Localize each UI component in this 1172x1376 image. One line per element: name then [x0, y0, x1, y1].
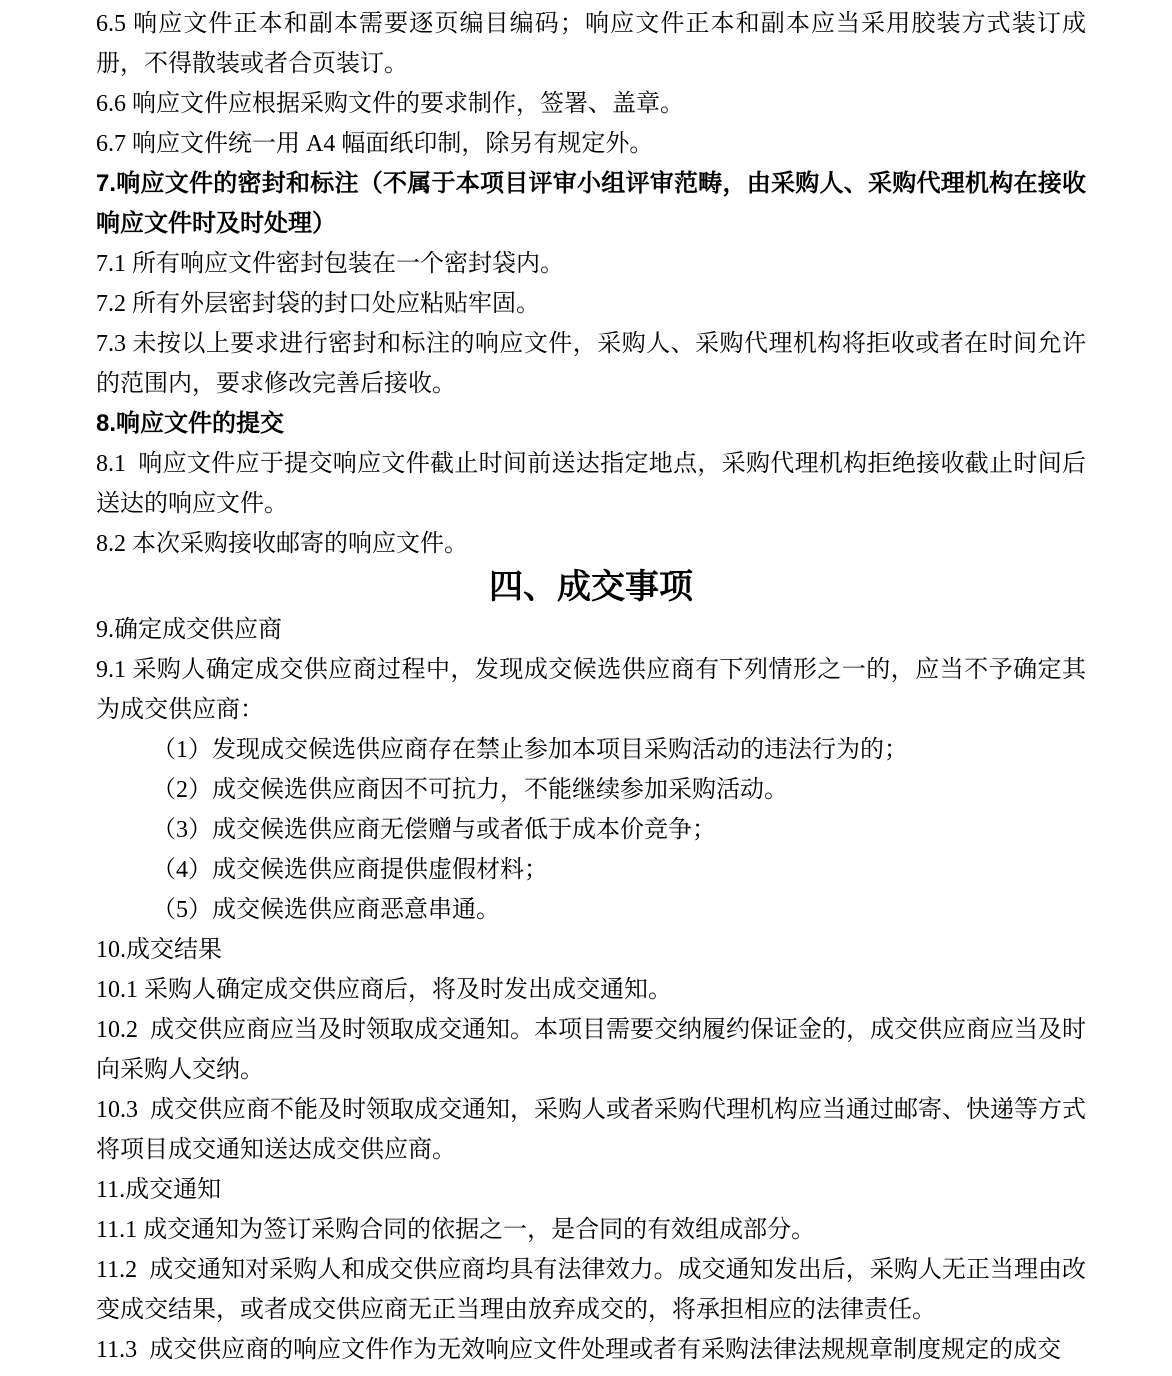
clause-6-7: 6.7 响应文件统一用 A4 幅面纸印制，除另有规定外。	[96, 124, 1086, 164]
list-item-3: （3）成交候选供应商无偿赠与或者低于成本价竞争；	[96, 810, 1086, 850]
section-heading-9: 9.确定成交供应商	[96, 610, 1086, 650]
clause-6-5: 6.5 响应文件正本和副本需要逐页编目编码；响应文件正本和副本应当采用胶装方式装…	[96, 4, 1086, 84]
section-heading-10: 10.成交结果	[96, 930, 1086, 970]
clause-6-6: 6.6 响应文件应根据采购文件的要求制作，签署、盖章。	[96, 84, 1086, 124]
clause-7-3: 7.3 未按以上要求进行密封和标注的响应文件，采购人、采购代理机构将拒收或者在时…	[96, 324, 1086, 404]
list-item-1: （1）发现成交候选供应商存在禁止参加本项目采购活动的违法行为的；	[96, 730, 1086, 770]
section-heading-7: 7.响应文件的密封和标注（不属于本项目评审小组评审范畴，由采购人、采购代理机构在…	[96, 164, 1086, 244]
clause-10-1: 10.1 采购人确定成交供应商后，将及时发出成交通知。	[96, 970, 1086, 1010]
chapter-heading: 四、成交事项	[96, 564, 1086, 610]
section-heading-11: 11.成交通知	[96, 1170, 1086, 1210]
list-item-5: （5）成交候选供应商恶意串通。	[96, 890, 1086, 930]
clause-7-2: 7.2 所有外层密封袋的封口处应粘贴牢固。	[96, 284, 1086, 324]
clause-8-2: 8.2 本次采购接收邮寄的响应文件。	[96, 524, 1086, 564]
document-page: 6.5 响应文件正本和副本需要逐页编目编码；响应文件正本和副本应当采用胶装方式装…	[0, 0, 1172, 1376]
clause-10-3: 10.3 成交供应商不能及时领取成交通知，采购人或者采购代理机构应当通过邮寄、快…	[96, 1090, 1086, 1170]
list-item-4: （4）成交候选供应商提供虚假材料；	[96, 850, 1086, 890]
clause-9-1: 9.1 采购人确定成交供应商过程中，发现成交候选供应商有下列情形之一的，应当不予…	[96, 650, 1086, 730]
clause-11-2: 11.2 成交通知对采购人和成交供应商均具有法律效力。成交通知发出后，采购人无正…	[96, 1250, 1086, 1330]
clause-7-1: 7.1 所有响应文件密封包装在一个密封袋内。	[96, 244, 1086, 284]
section-heading-8: 8.响应文件的提交	[96, 404, 1086, 444]
clause-10-2: 10.2 成交供应商应当及时领取成交通知。本项目需要交纳履约保证金的，成交供应商…	[96, 1010, 1086, 1090]
clause-8-1: 8.1 响应文件应于提交响应文件截止时间前送达指定地点，采购代理机构拒绝接收截止…	[96, 444, 1086, 524]
clause-11-1: 11.1 成交通知为签订采购合同的依据之一，是合同的有效组成部分。	[96, 1210, 1086, 1250]
clause-11-3: 11.3 成交供应商的响应文件作为无效响应文件处理或者有采购法律法规规章制度规定…	[96, 1330, 1086, 1370]
list-item-2: （2）成交候选供应商因不可抗力，不能继续参加采购活动。	[96, 770, 1086, 810]
